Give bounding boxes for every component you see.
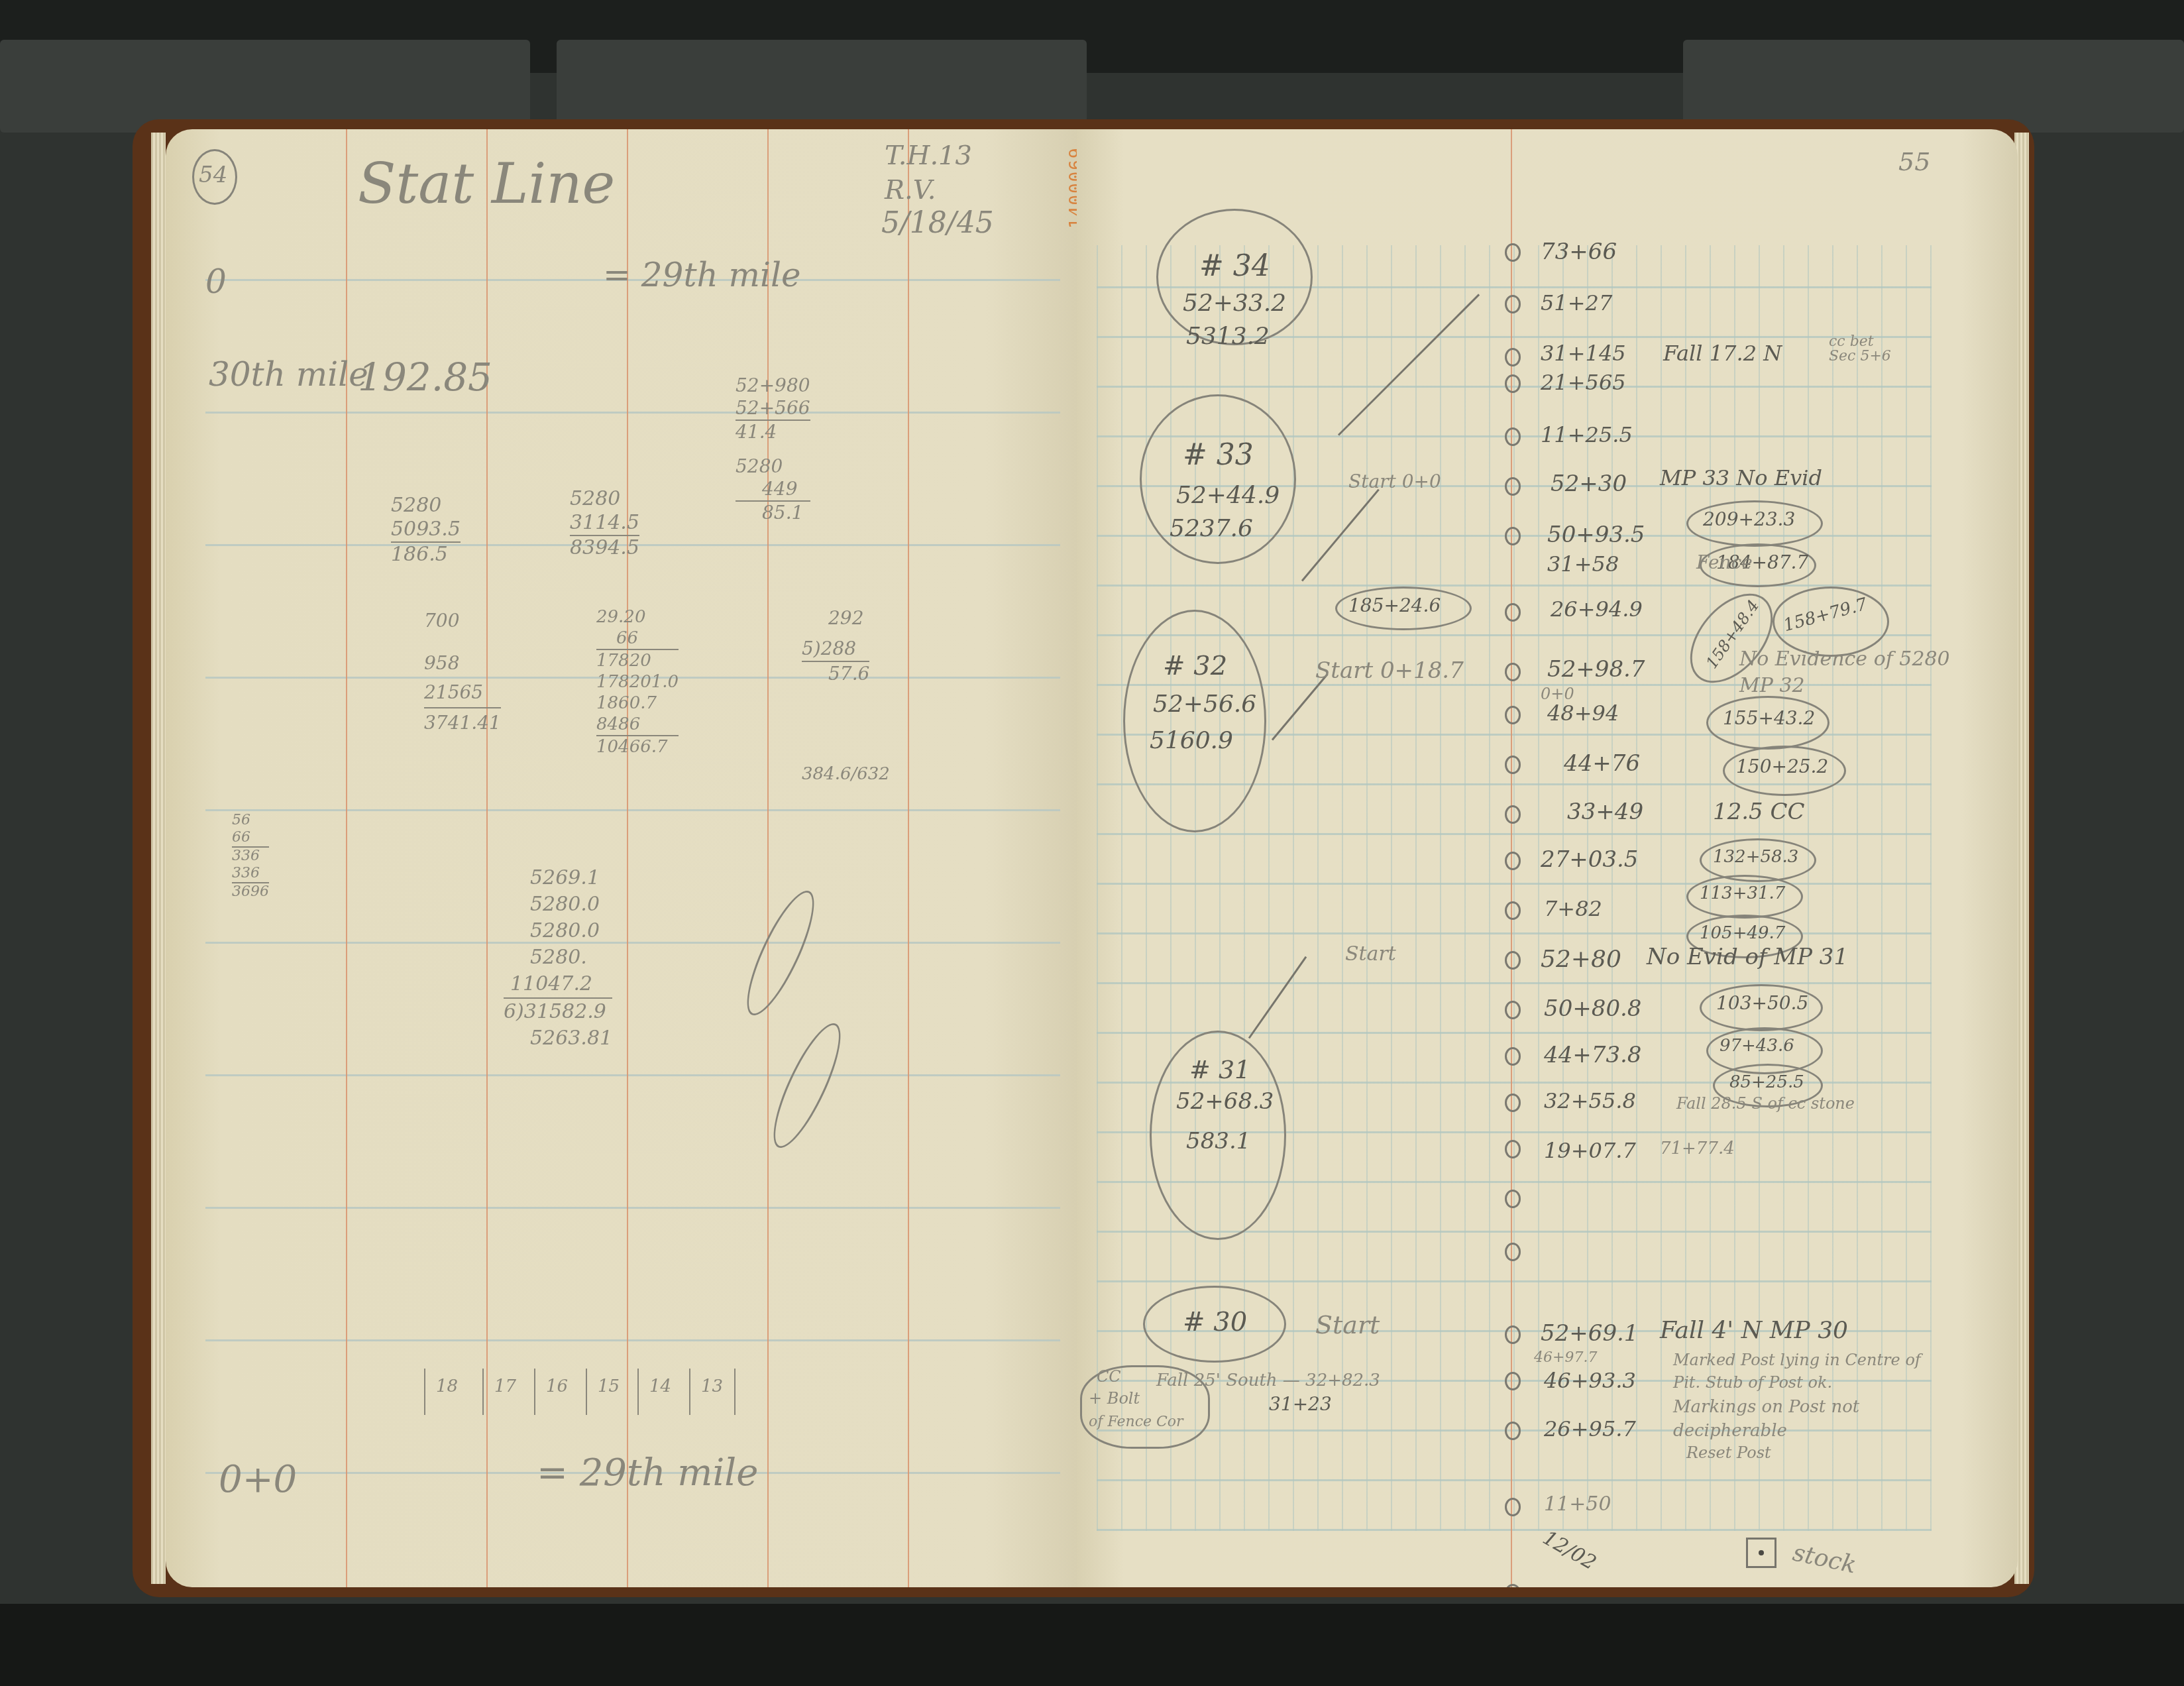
- cc-note-text: Fall 25' South — 32+82.3: [1156, 1372, 1380, 1389]
- calc-line: 700: [424, 606, 501, 636]
- station-marker[interactable]: [1505, 756, 1521, 774]
- station-value: 11+50: [1544, 1494, 1611, 1514]
- station-marker[interactable]: [1505, 1325, 1521, 1344]
- mp30-note: Marked Post lying in Centre of Pit. Stub…: [1673, 1349, 1938, 1394]
- calc-line: 8394.5: [570, 535, 639, 560]
- calc-line: 5280: [391, 494, 461, 518]
- rule-line: [205, 1207, 1060, 1209]
- station-marker[interactable]: [1505, 663, 1521, 681]
- station-note: No Evidence of 5280 MP 32: [1739, 646, 1951, 699]
- circled-value: 85+25.5: [1729, 1074, 1804, 1091]
- station-value: 12/02: [1539, 1528, 1599, 1573]
- calc-block: 700 958 21565 3741.41: [424, 606, 501, 738]
- station-marker[interactable]: [1505, 1094, 1521, 1112]
- station-value: 27+03.5: [1541, 848, 1638, 871]
- circled-value: 150+25.2: [1736, 758, 1828, 776]
- scribble-loop: [735, 883, 826, 1023]
- station-marker[interactable]: [1505, 1422, 1521, 1440]
- calc-line: 292: [802, 606, 869, 630]
- station-left-note: Start: [1345, 944, 1396, 964]
- rule-line: [205, 809, 1060, 811]
- calc-line: 1860.7: [596, 693, 679, 714]
- station-marker[interactable]: [1505, 477, 1521, 496]
- column-rule: [767, 129, 769, 1587]
- calc-line: 41.4: [736, 420, 810, 443]
- background-panel-right: [1683, 40, 2184, 133]
- page-stack-left: [151, 133, 166, 1584]
- station-marker[interactable]: [1505, 1140, 1521, 1158]
- circled-value: 185+24.6: [1348, 596, 1441, 615]
- mile-post-line: 52+33.2: [1183, 292, 1286, 315]
- mile-post-line: 583.1: [1186, 1130, 1250, 1152]
- calc-line: 10466.7: [596, 735, 679, 758]
- calc-block: 52+980 52+566 41.4 5280 449 85.1: [736, 374, 810, 524]
- station-marker[interactable]: [1505, 427, 1521, 446]
- station-note: MP 33 No Evid: [1660, 467, 1822, 488]
- left-page: 54 Stat Line T.H.13 R.V. 5/18/45 0 = 29t…: [166, 129, 1077, 1587]
- calc-line: 5093.5: [391, 518, 461, 541]
- station-value: 46+97.7: [1534, 1351, 1597, 1365]
- station-marker[interactable]: [1505, 1372, 1521, 1390]
- station-value: 26+94.9: [1551, 598, 1643, 620]
- station-note: 12.5 CC: [1713, 801, 1805, 823]
- station-note: Fall 4' N MP 30: [1660, 1319, 1848, 1343]
- calc-line: 85.1: [736, 500, 810, 524]
- rule-line: [205, 1339, 1060, 1341]
- station-value: 48+94: [1547, 702, 1619, 724]
- station-value: 31+145: [1541, 343, 1626, 364]
- station-value: 19+07.7: [1544, 1140, 1636, 1161]
- bracket-number: 15: [586, 1369, 637, 1415]
- circled-value: 155+43.2: [1723, 709, 1815, 728]
- station-value: 33+49: [1567, 801, 1643, 823]
- station-value: 52+69.1: [1541, 1322, 1638, 1345]
- background-panel-mid: [557, 40, 1087, 133]
- cc-bracket-line: CC: [1097, 1369, 1121, 1384]
- stock-dot-icon: [1759, 1550, 1764, 1555]
- station-value: 21+565: [1541, 372, 1626, 393]
- calc-line: 6)31582.9: [504, 997, 612, 1025]
- station-marker[interactable]: [1505, 527, 1521, 545]
- station-value: 50+80.8: [1544, 997, 1641, 1020]
- station-left-note: Start 0+18.7: [1315, 659, 1464, 682]
- calc-line: 5280: [736, 455, 810, 478]
- station-marker[interactable]: [1505, 348, 1521, 366]
- station-value: 46+93.3: [1544, 1370, 1636, 1391]
- circled-value: 209+23.3: [1703, 510, 1795, 529]
- station-value: 7+82: [1544, 898, 1602, 919]
- station-value: 44+76: [1564, 752, 1640, 775]
- calc-line: 336: [232, 865, 269, 882]
- entry-note: = 29th mile: [537, 1455, 758, 1492]
- station-marker[interactable]: [1505, 603, 1521, 622]
- station-marker[interactable]: [1505, 706, 1521, 724]
- calc-line: 66: [232, 829, 269, 846]
- station-value: 52+30: [1551, 473, 1627, 495]
- circled-value: 97+43.6: [1720, 1037, 1794, 1054]
- station-value: 50+93.5: [1547, 524, 1645, 546]
- calc-line: 5263.81: [504, 1025, 612, 1052]
- station-marker[interactable]: [1505, 1584, 1521, 1587]
- station-side-note: cc bet Sec 5+6: [1829, 335, 1902, 364]
- header-note-1: T.H.13: [885, 142, 972, 169]
- calc-line: 5280: [570, 487, 639, 511]
- station-marker[interactable]: [1505, 1047, 1521, 1066]
- station-marker[interactable]: [1505, 374, 1521, 393]
- station-value: 73+66: [1541, 241, 1617, 263]
- calc-line: 8486: [596, 714, 679, 735]
- calc-line: 5280.0: [504, 891, 612, 918]
- stock-marker-icon: [1746, 1538, 1776, 1568]
- station-marker[interactable]: [1505, 901, 1521, 920]
- mp30-note: Markings on Post not decipherable: [1673, 1395, 1925, 1443]
- cc-bracket-line: + Bolt: [1089, 1390, 1140, 1406]
- station-note: No Evid of MP 31: [1647, 946, 1848, 968]
- station-marker[interactable]: [1505, 951, 1521, 970]
- mile-post-circle: [1123, 610, 1266, 832]
- calc-block: 5280 5093.5 186.5: [391, 494, 461, 567]
- cc-bracket-line: of Fence Cor: [1089, 1415, 1183, 1430]
- calc-line: 52+980: [736, 374, 810, 397]
- mile-post-label: # 33: [1183, 441, 1254, 470]
- calc-line: 56: [232, 812, 269, 829]
- bracket-number: 14: [637, 1369, 689, 1415]
- entry-station: 0+0: [219, 1461, 297, 1498]
- page-number: 55: [1898, 149, 1930, 174]
- mile-post-line: 5313.2: [1186, 325, 1270, 349]
- station-note: Fence: [1696, 553, 1753, 572]
- station-value: 31+58: [1547, 553, 1619, 575]
- calc-block: 56 66 336 336 3696: [232, 812, 269, 901]
- circled-value: 113+31.7: [1700, 885, 1785, 902]
- column-rule: [346, 129, 347, 1587]
- station-marker[interactable]: [1505, 805, 1521, 824]
- station-note: 71+77.4: [1660, 1140, 1735, 1157]
- station-left-note: Start: [1315, 1312, 1380, 1337]
- station-marker[interactable]: [1505, 1498, 1521, 1516]
- calc-block: 5269.1 5280.0 5280.0 5280. 11047.2 6)315…: [504, 865, 612, 1052]
- calc-line: 3114.5: [570, 511, 639, 535]
- calc-line: 29.20: [596, 606, 679, 628]
- page-title: Stat Line: [358, 156, 615, 211]
- station-value: 44+73.8: [1544, 1044, 1641, 1066]
- entry-note: = 29th mile: [603, 258, 801, 292]
- station-value: 11+25.5: [1541, 424, 1633, 445]
- mile-post-line: 52+44.9: [1176, 484, 1280, 508]
- station-note: Fall 28.5 S of cc stone: [1676, 1096, 1855, 1111]
- calc-line: 3741.41: [424, 707, 501, 738]
- calc-ratio: 384.6/632: [802, 765, 890, 783]
- station-marker[interactable]: [1505, 295, 1521, 313]
- calc-line: 5280.0: [504, 918, 612, 944]
- station-value: 52+98.7: [1547, 658, 1645, 681]
- rule-line: [205, 942, 1060, 944]
- calc-line: 21565: [424, 678, 501, 707]
- calc-line: 52+566: [736, 397, 810, 420]
- mile-post-line: 52+56.6: [1153, 693, 1256, 716]
- header-note-2: R.V.: [885, 177, 936, 203]
- stock-label: stock: [1790, 1541, 1858, 1577]
- calc-line: 17820: [596, 649, 679, 671]
- entry-note: 192.85: [358, 358, 492, 396]
- bracket-number: 13: [689, 1369, 736, 1415]
- station-marker[interactable]: [1505, 1001, 1521, 1019]
- mile-post-label: # 34: [1199, 252, 1270, 281]
- entry-station: 0: [205, 265, 227, 298]
- calc-line: 958: [424, 649, 501, 678]
- bracket-number: 18: [424, 1369, 482, 1415]
- calc-line: 5280.: [504, 944, 612, 971]
- station-marker[interactable]: [1505, 852, 1521, 870]
- entry-station: 30th mile: [209, 358, 368, 391]
- mile-post-label: # 30: [1183, 1309, 1247, 1335]
- mile-post-line: 5160.9: [1150, 729, 1233, 753]
- calc-line: 449: [736, 478, 810, 500]
- calc-line: 57.6: [802, 661, 869, 686]
- station-value: 51+27: [1541, 292, 1612, 313]
- rule-line: [205, 1074, 1060, 1076]
- calc-line: 336: [232, 846, 269, 865]
- circled-value: 105+49.7: [1700, 925, 1785, 942]
- calc-line: 66: [596, 628, 679, 649]
- circled-value: 103+50.5: [1716, 994, 1808, 1013]
- background-panel-left: [0, 40, 530, 133]
- calc-line: 5269.1: [504, 865, 612, 891]
- calc-line: 5)288: [802, 637, 869, 661]
- station-marker[interactable]: [1505, 243, 1521, 262]
- header-note-3: 5/18/45: [881, 209, 994, 238]
- calc-block: 29.20 66 17820 178201.0 1860.7 8486 1046…: [596, 606, 679, 758]
- calc-line: 3696: [232, 882, 269, 901]
- background-band-bottom: [0, 1604, 2184, 1686]
- cc-note-sub: 31+23: [1269, 1395, 1332, 1414]
- station-note: Fall 17.2 N: [1663, 343, 1782, 364]
- calc-block: 292 5)288 57.6: [802, 606, 869, 686]
- rule-line: [205, 412, 1060, 414]
- station-marker[interactable]: [1505, 1243, 1521, 1261]
- right-page: 55 # 34 52+33.2 5313.2 # 33 52+44.9 5237…: [1077, 129, 2018, 1587]
- station-value: 0+0: [1541, 686, 1574, 702]
- calc-line: 186.5: [391, 541, 461, 567]
- bracket-number: 17: [482, 1369, 534, 1415]
- station-value: 26+95.7: [1544, 1418, 1636, 1439]
- station-value: 32+55.8: [1544, 1090, 1636, 1111]
- scribble-loop: [761, 1016, 853, 1155]
- mp30-note: Reset Post: [1686, 1445, 1771, 1461]
- page-number: 54: [199, 164, 227, 186]
- station-value: 52+80: [1541, 948, 1621, 972]
- bracket-number: 16: [534, 1369, 586, 1415]
- circled-value: 132+58.3: [1713, 848, 1798, 866]
- station-left-note: Start 0+0: [1348, 473, 1441, 491]
- mile-post-line: 52+68.3: [1176, 1090, 1274, 1113]
- station-marker[interactable]: [1505, 1190, 1521, 1208]
- calc-line: 178201.0: [596, 671, 679, 693]
- calc-block: 5280 3114.5 8394.5: [570, 487, 639, 560]
- column-rule: [908, 129, 909, 1587]
- bracket-number-row: 18 17 16 15 14 13: [424, 1369, 736, 1415]
- mile-post-label: # 31: [1189, 1057, 1250, 1082]
- mile-post-line: 5237.6: [1170, 517, 1253, 541]
- calc-line: 11047.2: [504, 971, 612, 997]
- mile-post-label: # 32: [1163, 653, 1227, 679]
